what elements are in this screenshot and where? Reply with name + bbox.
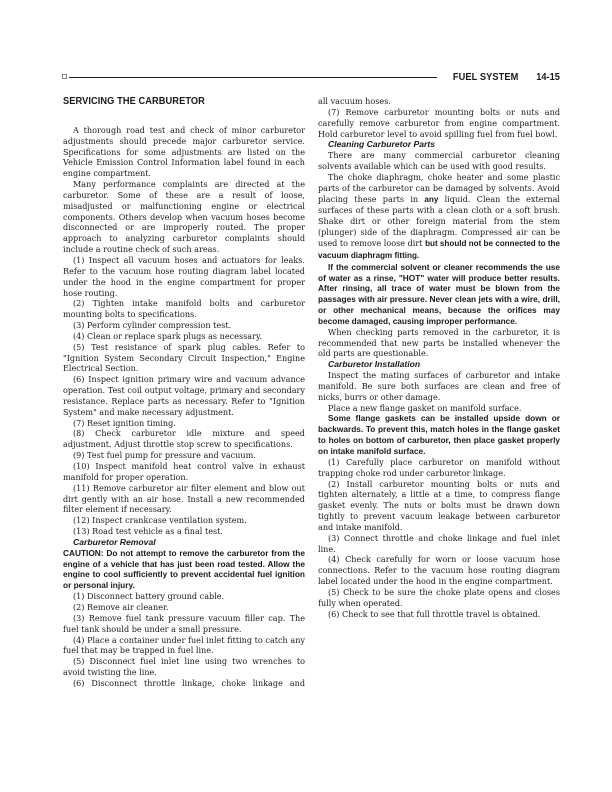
intro-paragraph: Many performance complaints are directed… [63, 179, 305, 255]
service-step: (4) Clean or replace spark plugs as nece… [63, 331, 305, 342]
subsection-heading-removal: Carburetor Removal [63, 537, 305, 548]
intro-paragraph: A thorough road test and check of minor … [63, 125, 305, 179]
installation-step: (5) Check to be sure the choke plate ope… [318, 587, 560, 609]
service-step: (8) Check carburetor idle mixture and sp… [63, 428, 305, 450]
installation-warning: Some flange gaskets can be installed ups… [318, 413, 560, 456]
service-step: (6) Inspect ignition primary wire and va… [63, 374, 305, 417]
removal-step: (2) Remove air cleaner. [63, 602, 305, 613]
removal-step: (6) Disconnect throttle linkage, choke l… [63, 678, 305, 689]
left-column: SERVICING THE CARBURETOR A thorough road… [63, 96, 305, 689]
service-step: (7) Reset ignition timing. [63, 418, 305, 429]
service-step: (13) Road test vehicle as a final test. [63, 526, 305, 537]
right-column: all vacuum hoses. (7) Remove carburetor … [318, 96, 560, 620]
emphasis-any: any [424, 195, 438, 204]
service-step: (2) Tighten intake manifold bolts and ca… [63, 298, 305, 320]
service-step: (3) Perform cylinder compression test. [63, 320, 305, 331]
caution-note: CAUTION: Do not attempt to remove the ca… [63, 548, 305, 591]
section-heading: SERVICING THE CARBURETOR [63, 96, 276, 107]
square-marker-icon [62, 74, 67, 79]
cleaning-warning: If the commercial solvent or cleaner rec… [318, 262, 560, 327]
removal-step: (1) Disconnect battery ground cable. [63, 591, 305, 602]
service-step: (9) Test fuel pump for pressure and vacu… [63, 450, 305, 461]
cleaning-paragraph: The choke diaphragm, choke heater and so… [318, 172, 560, 262]
continuation-text: all vacuum hoses. [318, 96, 560, 107]
cleaning-paragraph: When checking parts removed in the carbu… [318, 327, 560, 360]
service-step: (11) Remove carburetor air filter elemen… [63, 483, 305, 516]
installation-step: (3) Connect throttle and choke linkage a… [318, 533, 560, 555]
cleaning-paragraph: There are many commercial carburetor cle… [318, 150, 560, 172]
service-step: (10) Inspect manifold heat control valve… [63, 461, 305, 483]
removal-step: (4) Place a container under fuel inlet f… [63, 635, 305, 657]
header-rule [69, 77, 437, 78]
service-step: (1) Inspect all vacuum hoses and actuato… [63, 255, 305, 298]
installation-step: (1) Carefully place carburetor on manifo… [318, 457, 560, 479]
subsection-heading-cleaning: Cleaning Carburetor Parts [318, 139, 560, 150]
service-step: (12) Inspect crankcase ventilation syste… [63, 515, 305, 526]
installation-step: (2) Install carburetor mounting bolts or… [318, 479, 560, 533]
installation-paragraph: Inspect the mating surfaces of carbureto… [318, 370, 560, 403]
subsection-heading-installation: Carburetor Installation [318, 359, 560, 370]
removal-step: (7) Remove carburetor mounting bolts or … [318, 107, 560, 140]
installation-step: (4) Check carefully for worn or loose va… [318, 554, 560, 587]
removal-step: (5) Disconnect fuel inlet line using two… [63, 656, 305, 678]
service-step: (5) Test resistance of spark plug cables… [63, 342, 305, 375]
removal-step: (3) Remove fuel tank pressure vacuum fil… [63, 613, 305, 635]
installation-paragraph: Place a new flange gasket on manifold su… [318, 403, 560, 414]
installation-step: (6) Check to see that full throttle trav… [318, 609, 560, 620]
running-header: FUEL SYSTEM 14-15 [62, 72, 560, 84]
page-number: 14-15 [536, 71, 560, 83]
section-title: FUEL SYSTEM [453, 71, 518, 83]
